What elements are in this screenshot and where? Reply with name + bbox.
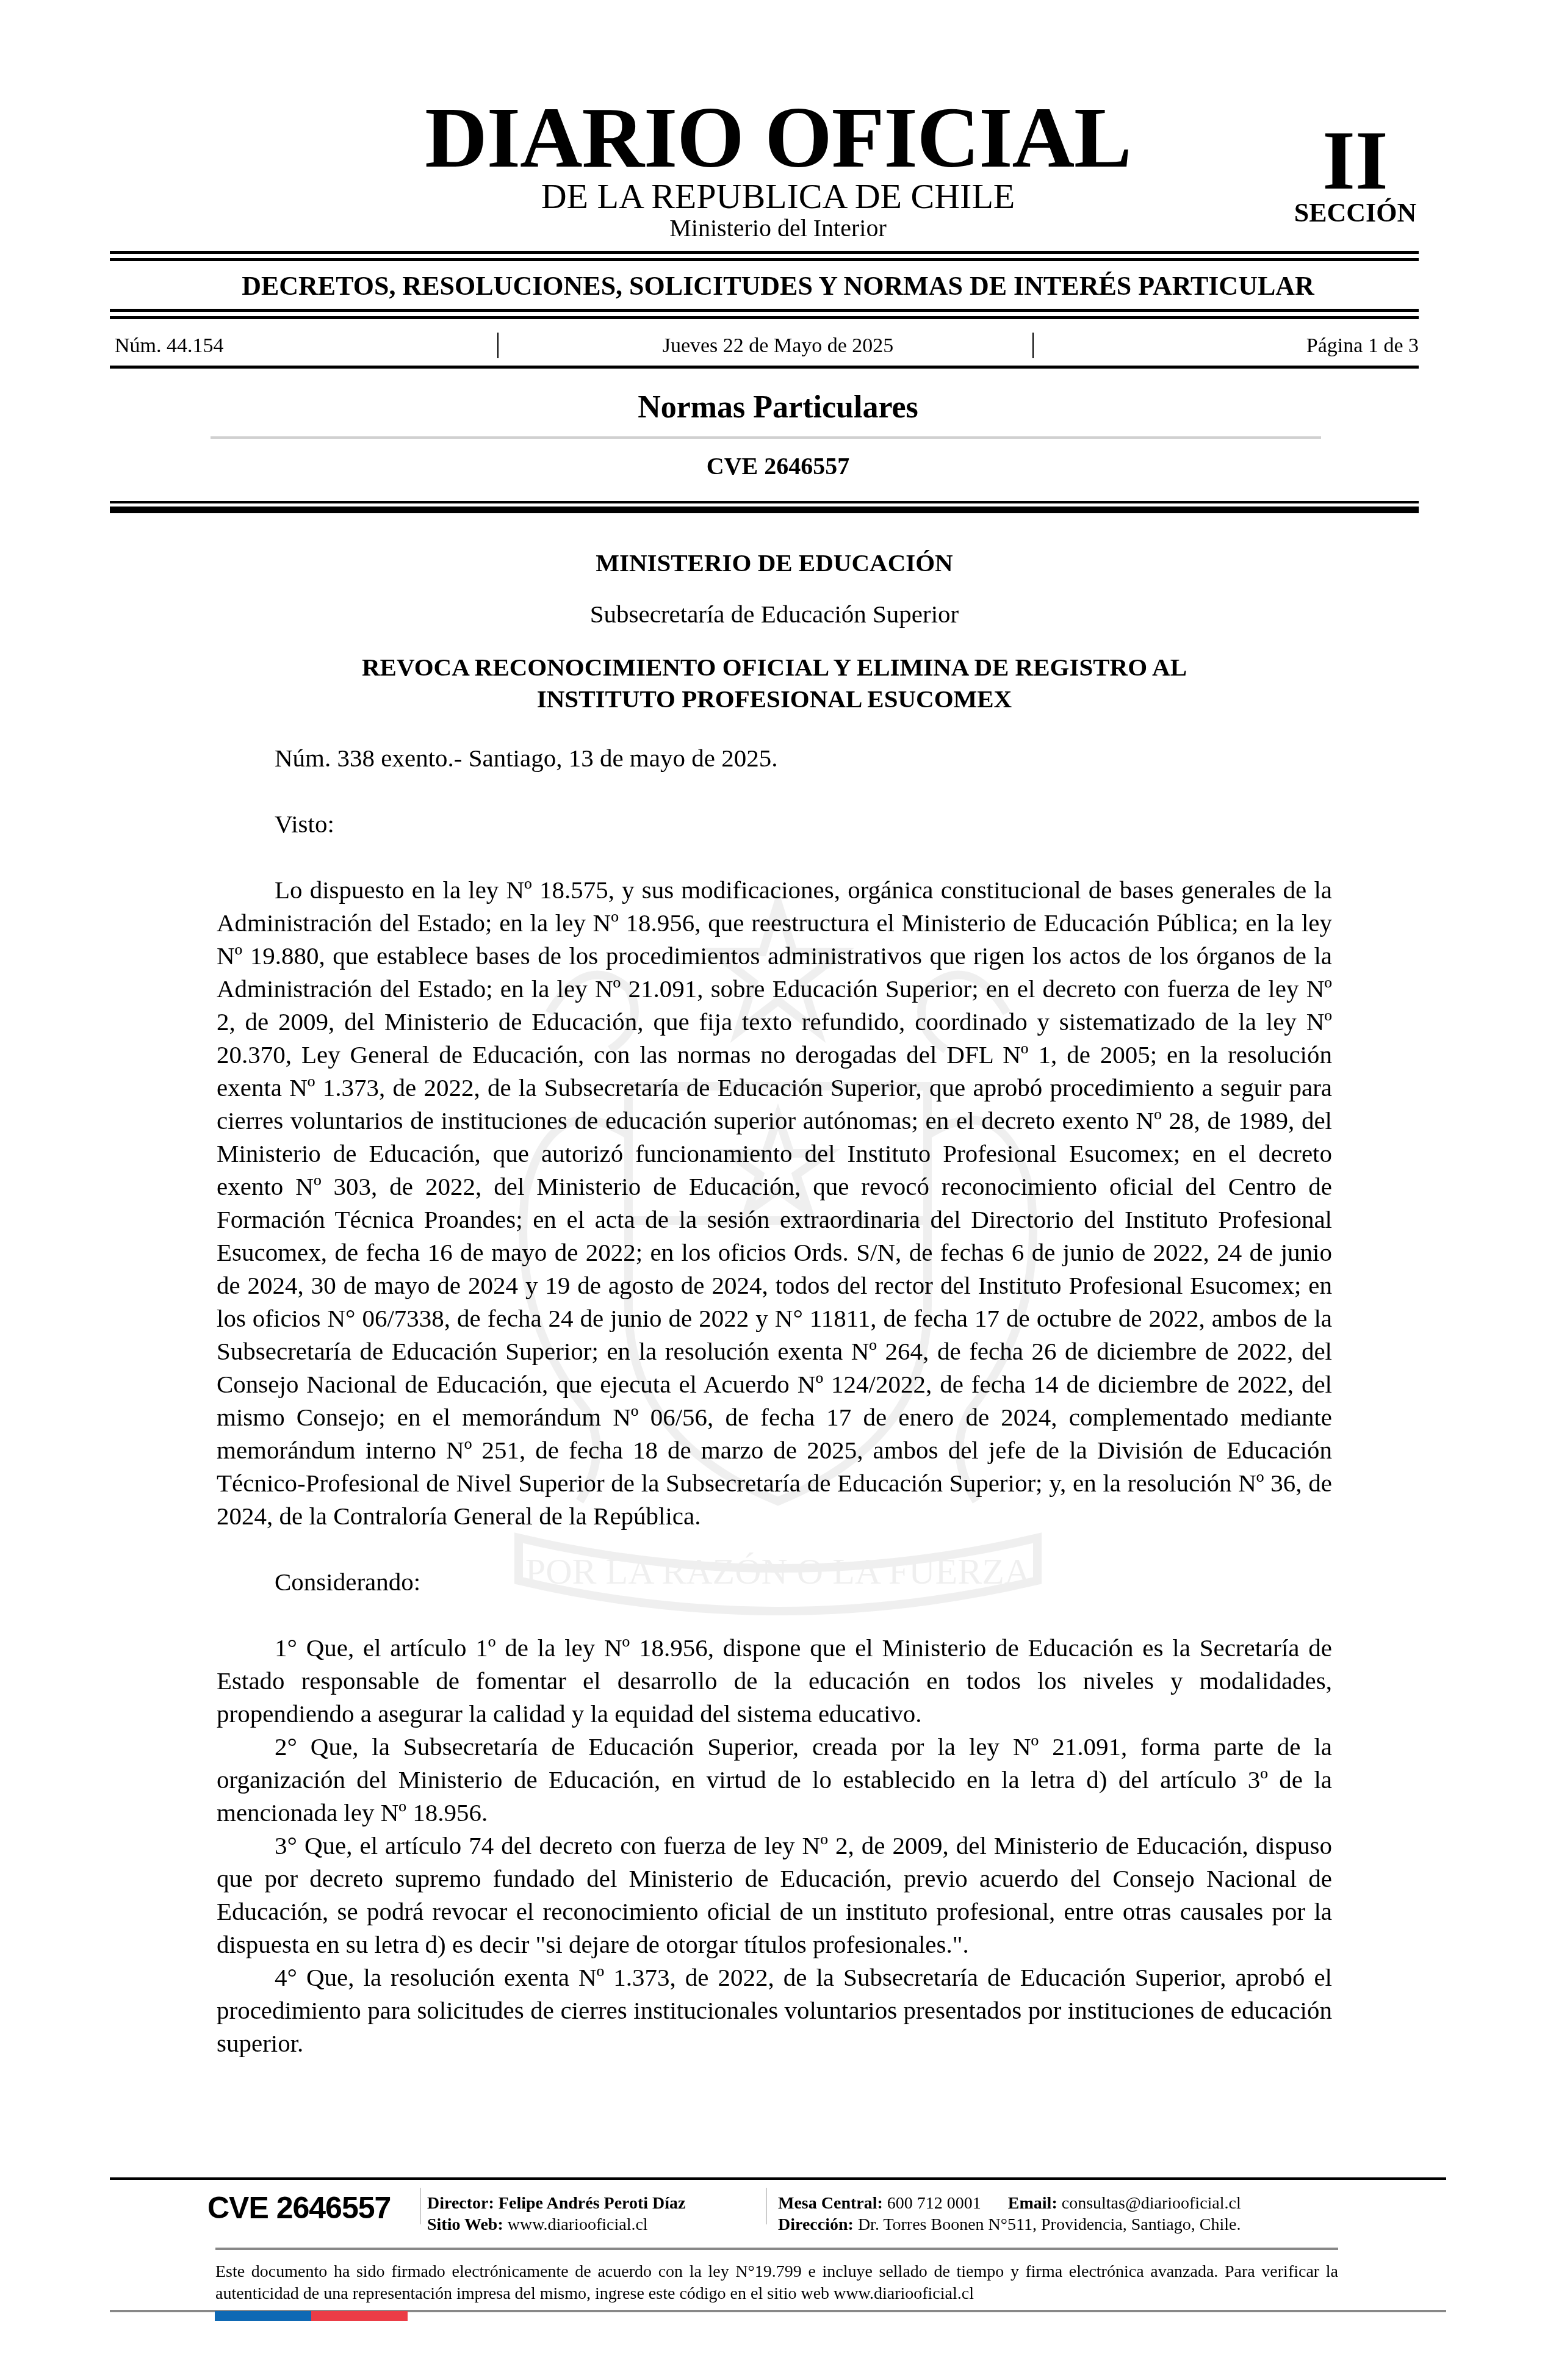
address-label: Dirección:: [778, 2215, 854, 2234]
header-rule-thick: [110, 507, 1419, 513]
address-text: Dr. Torres Boonen N°511, Providencia, Sa…: [858, 2215, 1241, 2234]
phone-label: Mesa Central:: [778, 2194, 883, 2213]
issuing-subsecretariat: Subsecretaría de Educación Superior: [217, 597, 1332, 630]
header-rule: [110, 316, 1419, 319]
divider: [215, 2248, 1338, 2250]
document-body: MINISTERIO DE EDUCACIÓN Subsecretaría de…: [217, 546, 1332, 2060]
issuing-ministry: MINISTERIO DE EDUCACIÓN: [217, 546, 1332, 579]
flag-stripe-red: [311, 2311, 408, 2321]
divider: [766, 2188, 767, 2224]
section-label: SECCIÓN: [1288, 199, 1423, 227]
cve-code: CVE 2646557: [0, 452, 1556, 481]
section-number: II: [1294, 121, 1417, 200]
visto-heading: Visto:: [217, 807, 1332, 840]
footer-website: Sitio Web: www.diariooficial.cl: [427, 2215, 648, 2235]
flag-stripe-blue: [215, 2311, 311, 2321]
considerando-item: 2° Que, la Subsecretaría de Educación Su…: [217, 1730, 1332, 1829]
category-heading: DECRETOS, RESOLUCIONES, SOLICITUDES Y NO…: [0, 271, 1556, 301]
header-rule: [110, 258, 1419, 261]
footer-contact: Mesa Central: 600 712 0001 Email: consul…: [778, 2193, 1241, 2214]
divider: [420, 2188, 421, 2224]
footer-address: Dirección: Dr. Torres Boonen N°511, Prov…: [778, 2215, 1241, 2235]
director-label: Director:: [427, 2194, 494, 2213]
divider: [1032, 333, 1034, 358]
page-indicator: Página 1 de 3: [1306, 334, 1419, 358]
email-label: Email:: [1008, 2194, 1057, 2213]
director-name: Felipe Andrés Peroti Díaz: [499, 2194, 686, 2213]
considerando-heading: Considerando:: [217, 1565, 1332, 1598]
footer-rule: [110, 2177, 1446, 2180]
considerando-item: 3° Que, el artículo 74 del decreto con f…: [217, 1829, 1332, 1961]
divider: [211, 436, 1321, 439]
legal-notice: Este documento ha sido firmado electróni…: [215, 2261, 1338, 2305]
considerando-item: 1° Que, el artículo 1º de la ley Nº 18.9…: [217, 1631, 1332, 1730]
phone-number: 600 712 0001: [887, 2194, 981, 2213]
decree-number-line: Núm. 338 exento.- Santiago, 13 de mayo d…: [217, 741, 1332, 774]
header-rule: [110, 251, 1419, 254]
visto-paragraph: Lo dispuesto en la ley Nº 18.575, y sus …: [217, 873, 1332, 1532]
email-link[interactable]: consultas@diariooficial.cl: [1062, 2194, 1241, 2213]
document-title: REVOCA RECONOCIMIENTO OFICIAL Y ELIMINA …: [217, 651, 1332, 715]
header-rule: [110, 501, 1419, 503]
website-link[interactable]: www.diariooficial.cl: [508, 2215, 648, 2234]
norm-type-heading: Normas Particulares: [0, 389, 1556, 426]
header-rule: [110, 366, 1419, 369]
footer-cve-code: CVE 2646557: [207, 2191, 391, 2225]
website-label: Sitio Web:: [427, 2215, 503, 2234]
footer-director: Director: Felipe Andrés Peroti Díaz: [427, 2193, 686, 2214]
header-rule: [110, 309, 1419, 312]
considerando-item: 4° Que, la resolución exenta Nº 1.373, d…: [217, 1961, 1332, 2060]
